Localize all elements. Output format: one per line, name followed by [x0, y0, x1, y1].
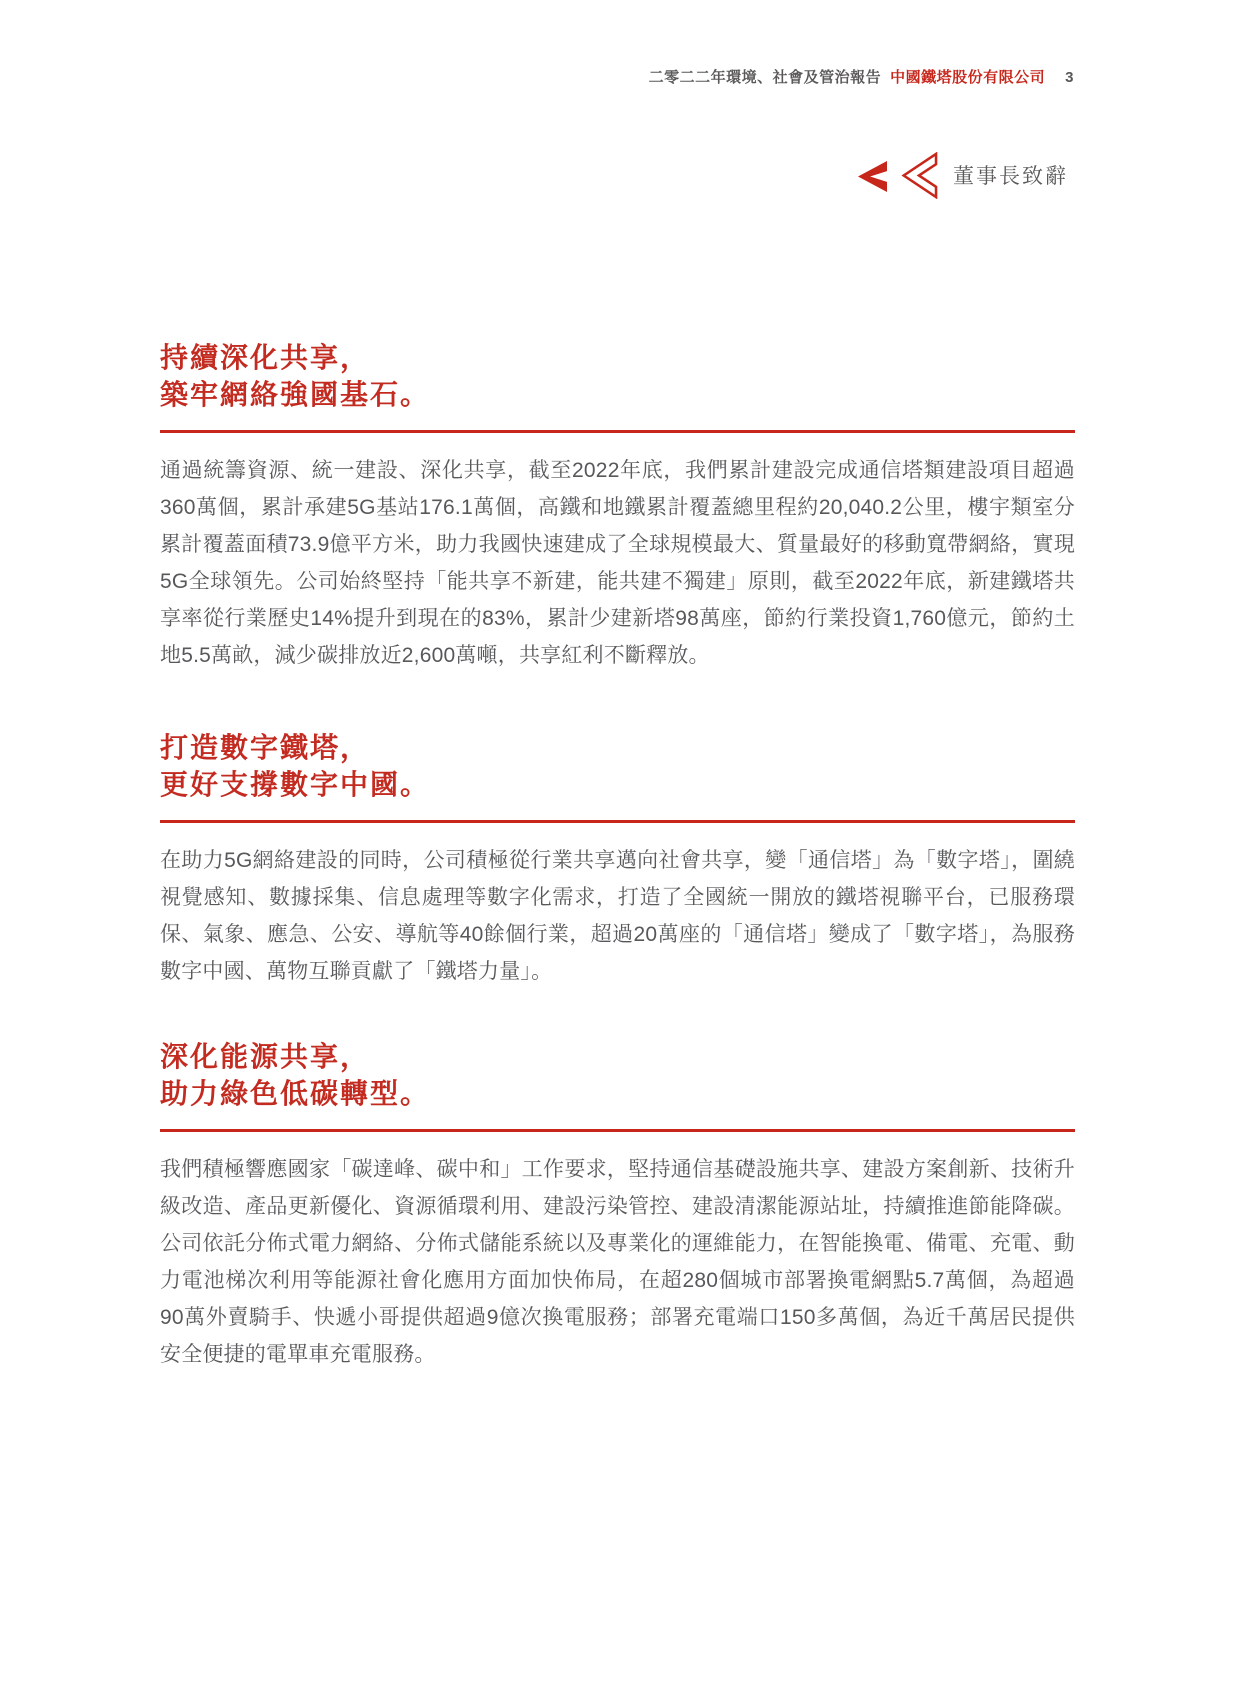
section-heading-line2: 築牢網絡強國基石。: [160, 376, 1075, 413]
section-heading: 打造數字鐵塔， 更好支撐數字中國。: [160, 729, 1075, 803]
section-body: 我們積極響應國家「碳達峰、碳中和」工作要求，堅持通信基礎設施共享、建設方案創新、…: [160, 1151, 1075, 1373]
company-name: 中國鐵塔股份有限公司: [890, 66, 1045, 87]
section-digital-tower: 打造數字鐵塔， 更好支撐數字中國。 在助力5G網絡建設的同時，公司積極從行業共享…: [160, 729, 1075, 990]
heading-rule: [160, 820, 1075, 823]
page-number: 3: [1065, 69, 1074, 86]
section-heading-line1: 持續深化共享，: [160, 339, 1075, 376]
section-heading-line1: 深化能源共享，: [160, 1038, 1075, 1075]
section-energy-sharing: 深化能源共享， 助力綠色低碳轉型。 我們積極響應國家「碳達峰、碳中和」工作要求，…: [160, 1038, 1075, 1373]
section-body: 在助力5G網絡建設的同時，公司積極從行業共享邁向社會共享，變「通信塔」為「數字塔…: [160, 842, 1075, 990]
chevron-left-filled-icon: [858, 161, 887, 192]
heading-rule: [160, 430, 1075, 433]
section-label: 董事長致辭: [858, 150, 1068, 200]
section-heading-line1: 打造數字鐵塔，: [160, 729, 1075, 766]
section-label-text: 董事長致辭: [953, 160, 1068, 190]
report-title: 二零二二年環境、社會及管治報告: [649, 66, 882, 87]
section-heading: 深化能源共享， 助力綠色低碳轉型。: [160, 1038, 1075, 1112]
section-heading-line2: 助力綠色低碳轉型。: [160, 1075, 1075, 1112]
section-heading-line2: 更好支撐數字中國。: [160, 766, 1075, 803]
page-header: 二零二二年環境、社會及管治報告 中國鐵塔股份有限公司 3: [649, 66, 1074, 87]
section-heading: 持續深化共享， 築牢網絡強國基石。: [160, 339, 1075, 413]
section-body: 通過統籌資源、統一建設、深化共享，截至2022年底，我們累計建設完成通信塔類建設…: [160, 452, 1075, 674]
chevron-left-outline-icon: [891, 152, 938, 199]
section-shared-network: 持續深化共享， 築牢網絡強國基石。 通過統籌資源、統一建設、深化共享，截至202…: [160, 339, 1075, 674]
heading-rule: [160, 1129, 1075, 1132]
chairman-statement-page: 二零二二年環境、社會及管治報告 中國鐵塔股份有限公司 3 董事長致辭 持續深化共…: [0, 0, 1240, 1682]
